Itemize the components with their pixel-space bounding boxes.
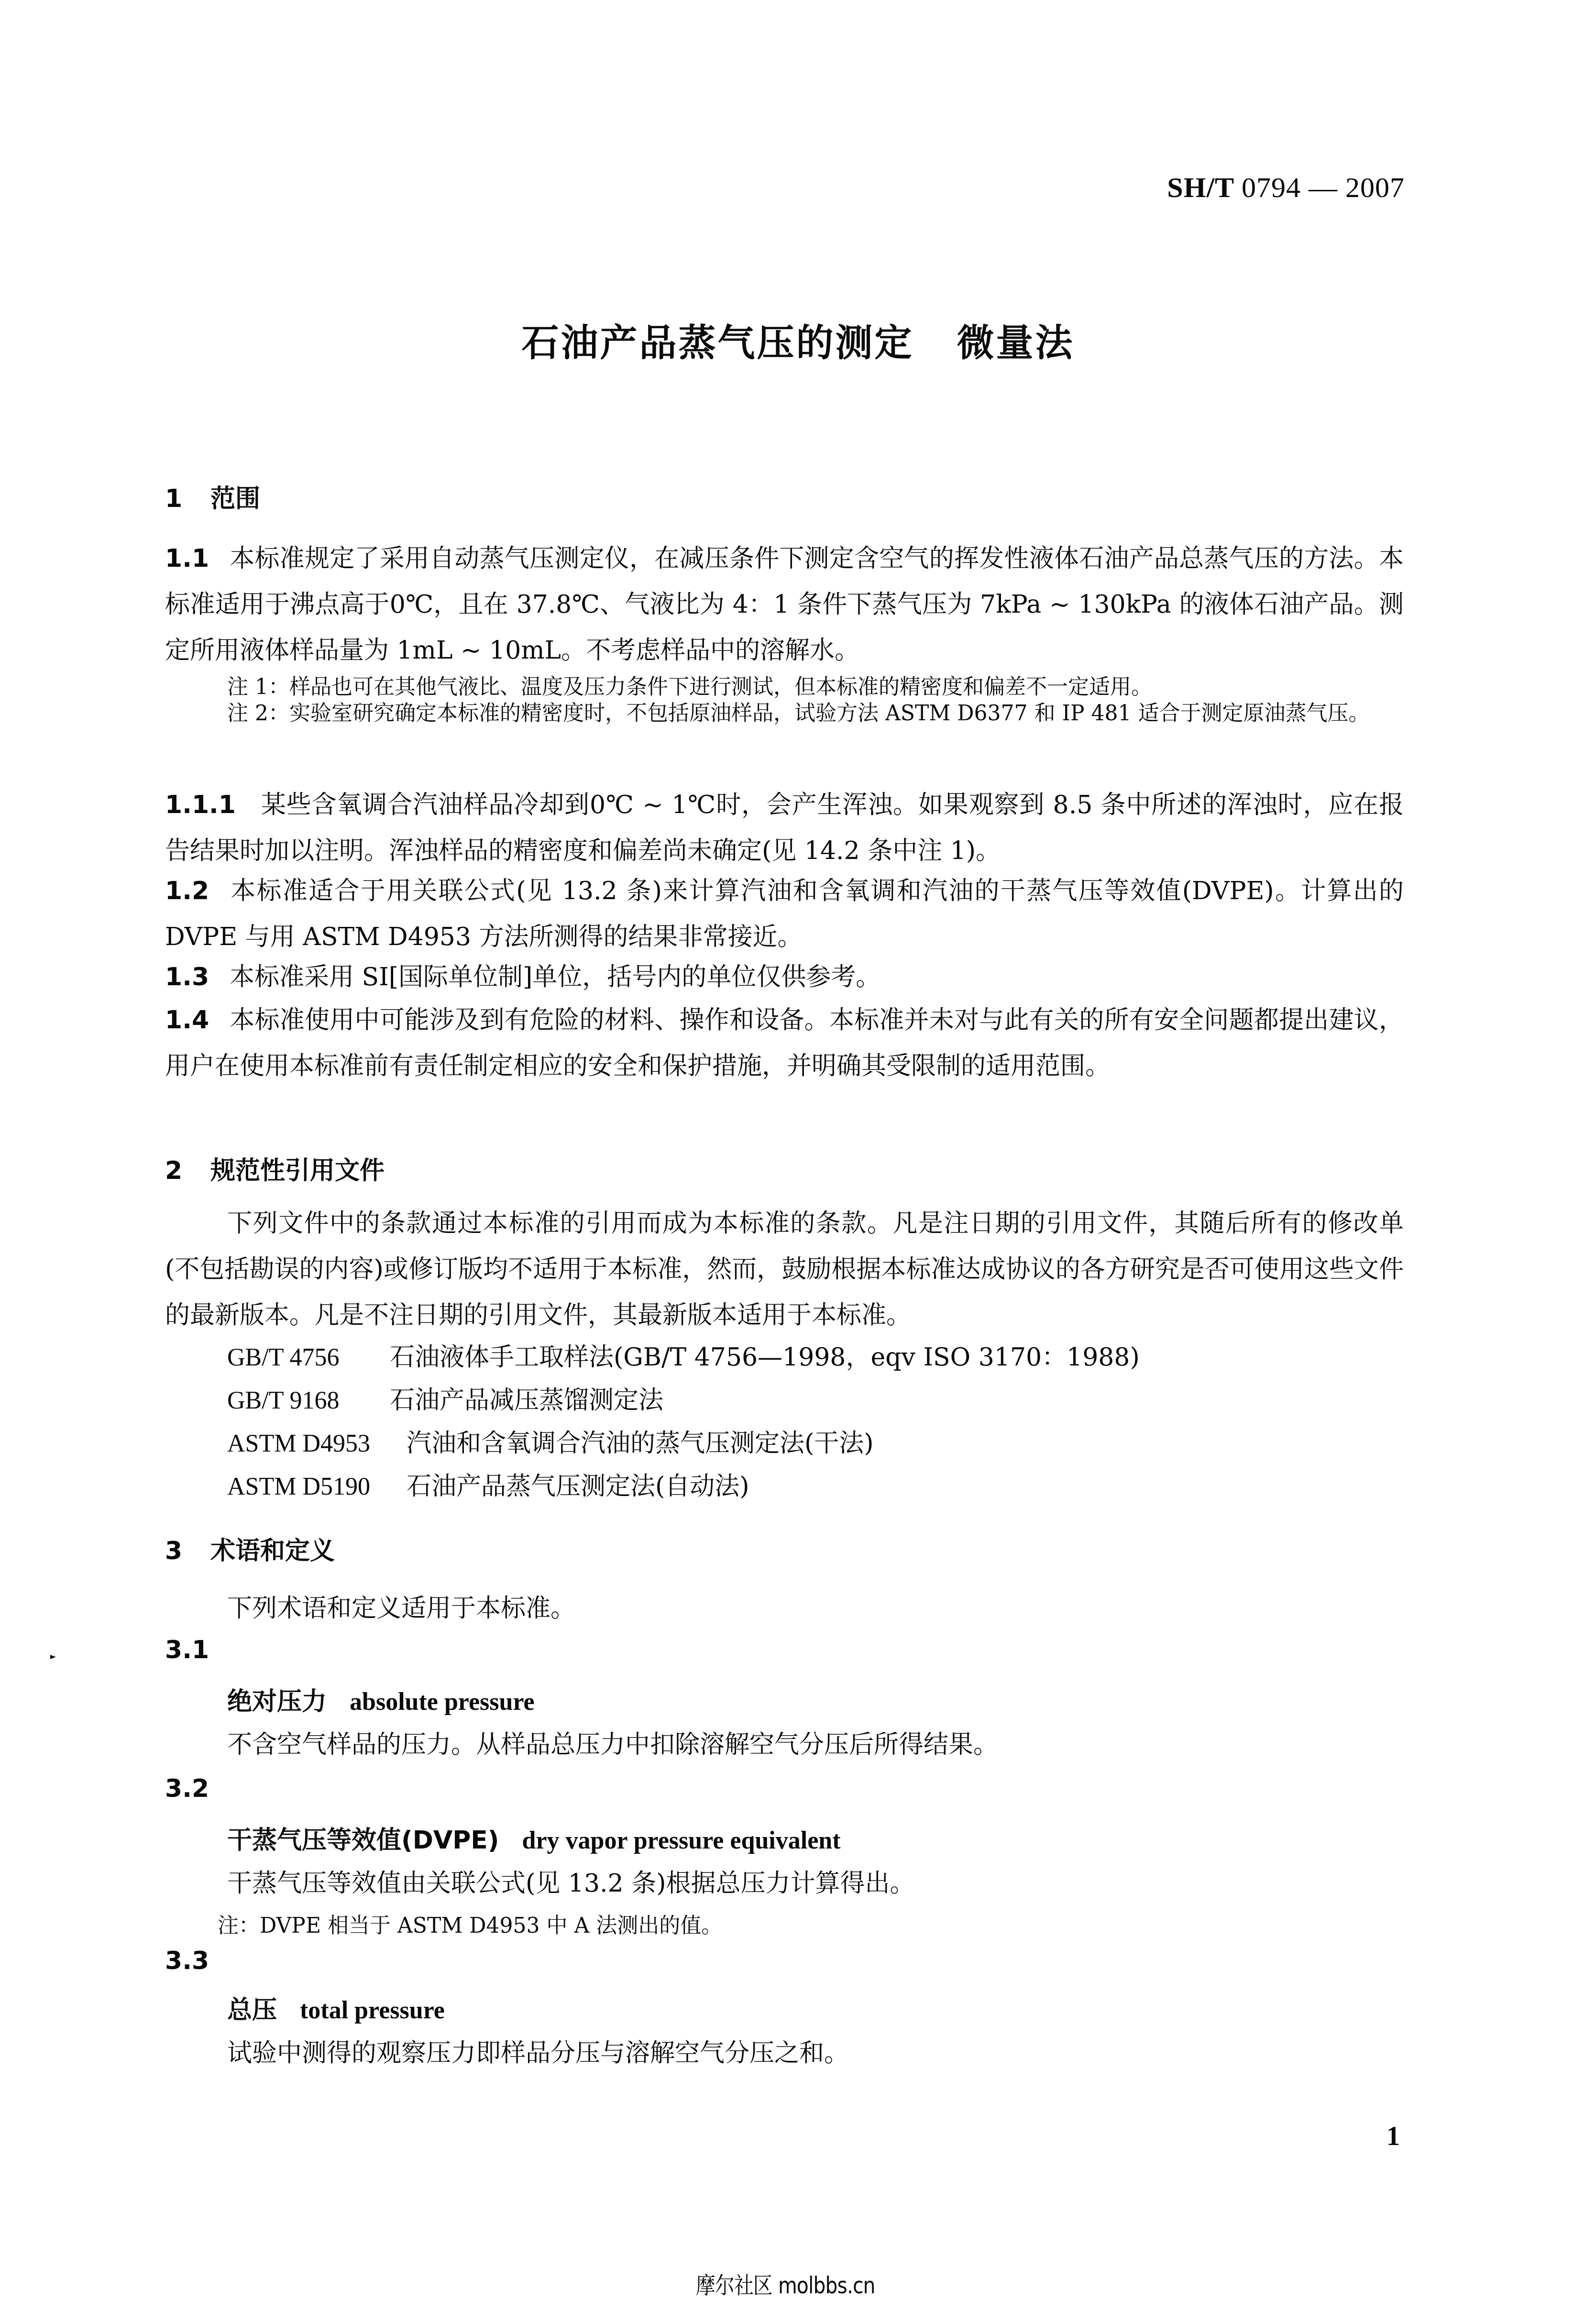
section-3-heading: 3术语和定义 <box>165 1530 335 1566</box>
clause-1-4: 1.4本标准使用中可能涉及到有危险的材料、操作和设备。本标准并未对与此有关的所有… <box>165 997 1404 1089</box>
term-3-1-title: 绝对压力absolute pressure <box>165 1681 535 1717</box>
title-sub: 微量法 <box>957 322 1075 365</box>
document-page: SH/T 0794 — 2007 石油产品蒸气压的测定微量法 1范围 1.1本标… <box>0 0 1596 2300</box>
page-number: 1 <box>1387 2121 1400 2152</box>
note-2: 注 2：实验室研究确定本标准的精密度时，不包括原油样品，试验方法 ASTM D6… <box>165 693 1404 734</box>
term-3-2-number: 3.2 <box>165 1774 209 1803</box>
reference-item: ASTM D5190石油产品蒸气压测定法(自动法) <box>165 1466 749 1502</box>
term-3-3-title: 总压total pressure <box>165 1990 445 2025</box>
term-3-2-note: 注：DVPE 相当于 ASTM D4953 中 A 法测出的值。 <box>165 1908 722 1939</box>
title-main: 石油产品蒸气压的测定 <box>521 322 914 365</box>
clause-1-1-1: 1.1.1某些含氧调合汽油样品冷却到0℃ ~ 1℃时，会产生浑浊。如果观察到 8… <box>165 782 1404 874</box>
watermark: 摩尔社区 molbbs.cn <box>696 2267 875 2300</box>
section-2-intro: 下列文件中的条款通过本标准的引用而成为本标准的条款。凡是注日期的引用文件，其随后… <box>165 1200 1404 1338</box>
reference-item: ASTM D4953汽油和含氧调合汽油的蒸气压测定法(干法) <box>165 1423 874 1459</box>
section-1-heading: 1范围 <box>165 478 260 514</box>
term-3-3-definition: 试验中测得的观察压力即样品分压与溶解空气分压之和。 <box>165 2033 849 2069</box>
document-title: 石油产品蒸气压的测定微量法 <box>0 313 1596 367</box>
standard-code-number: 0794 — 2007 <box>1242 172 1405 203</box>
section-3-intro: 下列术语和定义适用于本标准。 <box>165 1588 575 1624</box>
clause-1-1: 1.1本标准规定了采用自动蒸气压测定仪，在减压条件下测定含空气的挥发性液体石油产… <box>165 536 1404 673</box>
scan-artifact-mark <box>50 1655 56 1659</box>
standard-code-prefix: SH/T <box>1167 172 1234 203</box>
term-3-2-definition: 干蒸气压等效值由关联公式(见 13.2 条)根据总压力计算得出。 <box>165 1863 914 1899</box>
standard-code: SH/T 0794 — 2007 <box>1167 171 1405 204</box>
term-3-1-definition: 不含空气样品的压力。从样品总压力中扣除溶解空气分压后所得结果。 <box>165 1724 998 1760</box>
section-2-heading: 2规范性引用文件 <box>165 1150 385 1186</box>
clause-1-3: 1.3本标准采用 SI[国际单位制]单位，括号内的单位仅供参考。 <box>165 954 1404 1000</box>
term-3-2-title: 干蒸气压等效值(DVPE)dry vapor pressure equivale… <box>165 1820 841 1856</box>
clause-1-2: 1.2本标准适合于用关联公式(见 13.2 条)来计算汽油和含氧调和汽油的干蒸气… <box>165 868 1404 960</box>
term-3-1-number: 3.1 <box>165 1636 209 1664</box>
reference-item: GB/T 9168石油产品减压蒸馏测定法 <box>165 1380 663 1416</box>
term-3-3-number: 3.3 <box>165 1947 209 1975</box>
reference-item: GB/T 4756石油液体手工取样法(GB/T 4756—1998，eqv IS… <box>165 1337 1140 1373</box>
